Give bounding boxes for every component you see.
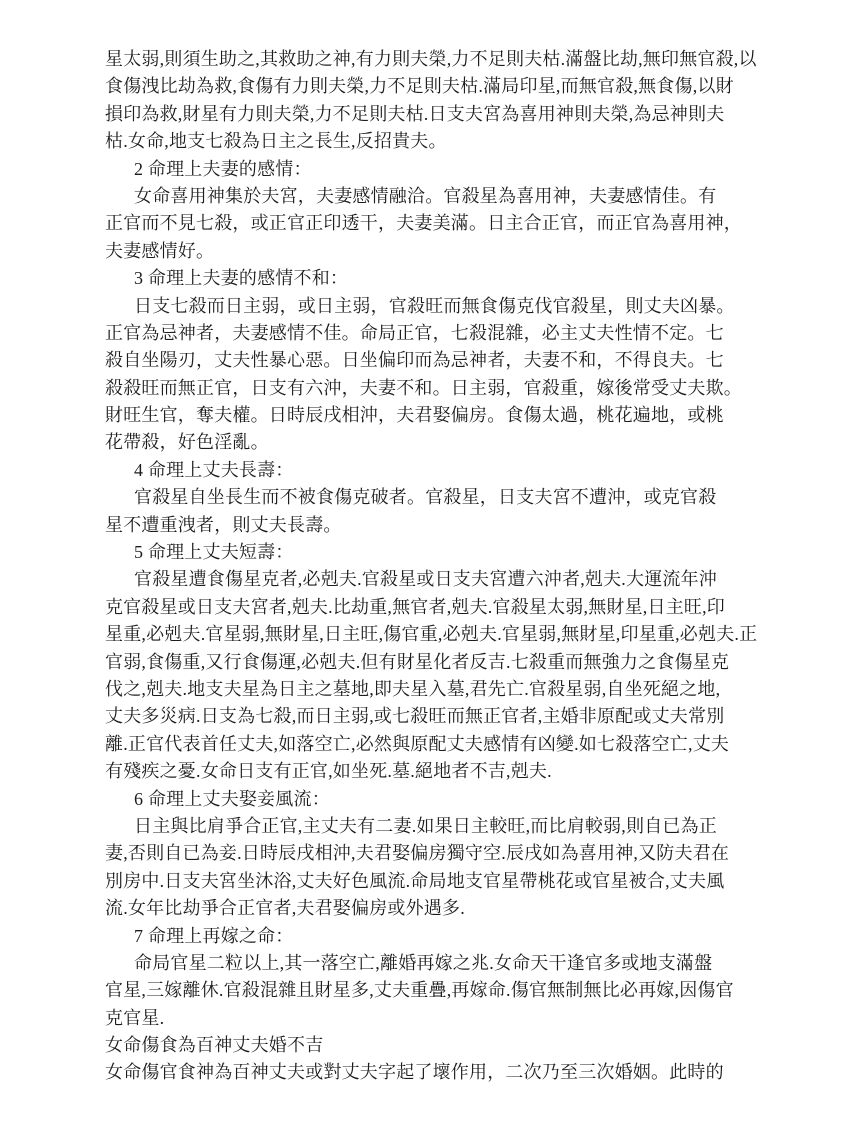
text-line: 正官而不見七殺，或正官正印透干，夫妻美滿。日主合正官，而正官為喜用神， (105, 210, 762, 237)
text-line: 官殺星遭食傷星克者,必剋夫.官殺星或日支夫宮遭六沖者,剋夫.大運流年沖 (105, 566, 762, 593)
text-line: 丈夫多災病.日支為七殺,而日主弱,或七殺旺而無正官者,主婚非原配或丈夫常別 (105, 703, 762, 730)
text-line: 4 命理上丈夫長壽： (105, 457, 762, 484)
document-text: 星太弱,則須生助之,其救助之神,有力則夫榮,力不足則夫枯.滿盤比劫,無印無官殺,… (105, 46, 762, 1087)
text-line: 有殘疾之憂.女命日支有正官,如坐死.墓.絕地者不吉,剋夫. (105, 758, 762, 785)
text-line: 花帶殺，好色淫亂。 (105, 429, 762, 456)
text-line: 星不遭重洩者，則丈夫長壽。 (105, 512, 762, 539)
text-line: 6 命理上丈夫娶妾風流： (105, 786, 762, 813)
text-line: 殺殺旺而無正官，日支有六沖，夫妻不和。日主弱，官殺重，嫁後常受丈夫欺。 (105, 375, 762, 402)
text-line: 離.正官代表首任丈夫,如落空亡,必然與原配丈夫感情有凶變.如七殺落空亡,丈夫 (105, 731, 762, 758)
text-line: 損印為救,財星有力則夫榮,力不足則夫枯.日支夫宮為喜用神則夫榮,為忌神則夫 (105, 101, 762, 128)
text-line: 克官星. (105, 1005, 762, 1032)
text-line: 女命傷食為百神丈夫婚不吉 (105, 1032, 762, 1059)
text-line: 3 命理上夫妻的感情不和： (105, 265, 762, 292)
text-line: 伐之,剋夫.地支夫星為日主之墓地,即夫星入墓,君先亡.官殺星弱,自坐死絕之地, (105, 676, 762, 703)
document-page: 星太弱,則須生助之,其救助之神,有力則夫榮,力不足則夫枯.滿盤比劫,無印無官殺,… (0, 0, 852, 1147)
text-line: 別房中.日支夫宮坐沐浴,丈夫好色風流.命局地支官星帶桃花或官星被合,丈夫風 (105, 868, 762, 895)
text-line: 日主與比肩爭合正官,主丈夫有二妻.如果日主較旺,而比肩較弱,則自已為正 (105, 813, 762, 840)
text-line: 官星,三嫁離休.官殺混雜且財星多,丈夫重疊,再嫁命.傷官無制無比必再嫁,因傷官 (105, 977, 762, 1004)
text-line: 枯.女命,地支七殺為日主之長生,反招貴夫。 (105, 128, 762, 155)
text-line: 殺自坐陽刃，丈夫性暴心惡。日坐偏印而為忌神者，夫妻不和，不得良夫。七 (105, 347, 762, 374)
text-line: 2 命理上夫妻的感情： (105, 156, 762, 183)
text-line: 正官為忌神者，夫妻感情不佳。命局正官，七殺混雜，必主丈夫性情不定。七 (105, 320, 762, 347)
text-line: 財旺生官，奪夫權。日時辰戌相沖，夫君娶偏房。食傷太過，桃花遍地，或桃 (105, 402, 762, 429)
text-line: 日支七殺而日主弱，或日主弱，官殺旺而無食傷克伐官殺星，則丈夫凶暴。 (105, 293, 762, 320)
text-line: 食傷洩比劫為救,食傷有力則夫榮,力不足則夫枯.滿局印星,而無官殺,無食傷,以財 (105, 73, 762, 100)
text-line: 官殺星自坐長生而不被食傷克破者。官殺星，日支夫宮不遭沖，或克官殺 (105, 484, 762, 511)
text-line: 妻,否則自已為妾.日時辰戌相沖,夫君娶偏房獨守空.辰戌如為喜用神,又防夫君在 (105, 840, 762, 867)
text-line: 命局官星二粒以上,其一落空亡,離婚再嫁之兆.女命天干逢官多或地支滿盤 (105, 950, 762, 977)
text-line: 女命喜用神集於夫宮，夫妻感情融洽。官殺星為喜用神，夫妻感情佳。有 (105, 183, 762, 210)
text-line: 夫妻感情好。 (105, 238, 762, 265)
document-body: { "page": { "background": "#ffffff", "te… (0, 0, 852, 1147)
text-line: 星太弱,則須生助之,其救助之神,有力則夫榮,力不足則夫枯.滿盤比劫,無印無官殺,… (105, 46, 762, 73)
text-line: 5 命理上丈夫短壽： (105, 539, 762, 566)
text-line: 流.女年比劫爭合正官者,夫君娶偏房或外遇多. (105, 895, 762, 922)
text-line: 星重,必剋夫.官星弱,無財星,日主旺,傷官重,必剋夫.官星弱,無財星,印星重,必… (105, 621, 762, 648)
text-line: 克官殺星或日支夫宮者,剋夫.比劫重,無官者,剋夫.官殺星太弱,無財星,日主旺,印 (105, 594, 762, 621)
text-line: 女命傷官食神為百神丈夫或對丈夫字起了壞作用，二次乃至三次婚姻。此時的 (105, 1059, 762, 1086)
text-line: 7 命理上再嫁之命： (105, 923, 762, 950)
text-line: 官弱,食傷重,又行食傷運,必剋夫.但有財星化者反吉.七殺重而無強力之食傷星克 (105, 649, 762, 676)
